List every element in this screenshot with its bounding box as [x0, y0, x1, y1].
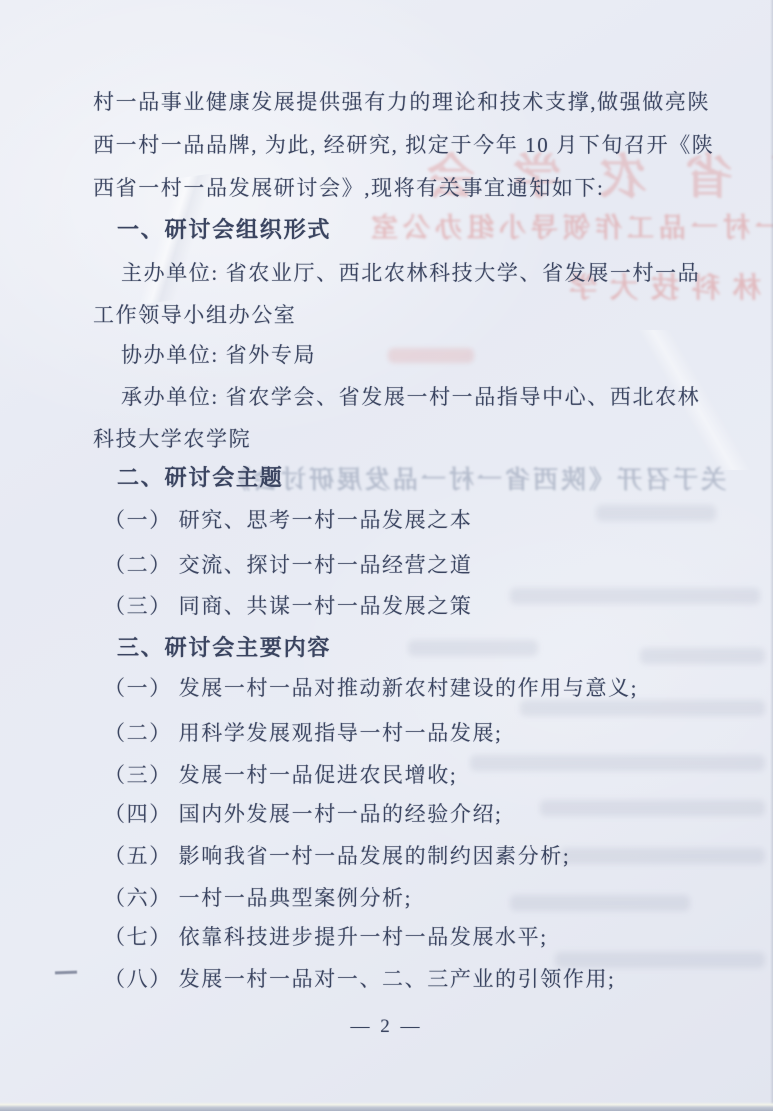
doc-line: （二） 用科学发展观指导一村一品发展;	[104, 717, 502, 747]
doc-line: （一） 研究、思考一村一品发展之本	[104, 504, 472, 534]
doc-line: 西一村一品品牌, 为此, 经研究, 拟定于今年 10 月下旬召开《陕	[93, 129, 714, 159]
section-heading: 三、研讨会主要内容	[117, 631, 331, 662]
doc-line: （五） 影响我省一村一品发展的制约因素分析;	[104, 840, 570, 870]
showthrough-gray-title: 关于召开《陕西省一村一品发展研讨会》	[222, 460, 726, 496]
section-heading: 一、研讨会组织形式	[117, 213, 331, 244]
showthrough-blur-blob	[540, 800, 765, 816]
doc-line: （三） 发展一村一品促进农民增收;	[104, 759, 457, 789]
doc-line: 村一品事业健康发展提供强有力的理论和技术支撑,做强做亮陕	[93, 86, 710, 116]
doc-line: （三） 同商、共谋一村一品发展之策	[104, 590, 472, 620]
doc-line: （四） 国内外发展一村一品的经验介绍;	[104, 798, 502, 828]
showthrough-blur-blob	[596, 505, 716, 521]
showthrough-blur-blob	[560, 848, 765, 864]
doc-line: 主办单位: 省农业厅、西北农林科技大学、省发展一村一品	[121, 257, 700, 287]
doc-line: 科技大学农学院	[93, 423, 251, 453]
stray-pen-mark	[55, 971, 77, 975]
showthrough-red-office-line: 陕西省发展一村一品工作领导小组办公室	[366, 206, 773, 245]
showthrough-blur-blob	[520, 700, 765, 716]
doc-line: 工作领导小组办公室	[93, 299, 296, 329]
showthrough-red-docnumber-blur	[388, 348, 474, 363]
showthrough-blur-blob	[510, 895, 690, 911]
showthrough-blur-blob	[510, 588, 760, 604]
doc-line: （一） 发展一村一品对推动新农村建设的作用与意义;	[104, 672, 638, 702]
section-heading: 二、研讨会主题	[117, 461, 284, 492]
doc-line: 协办单位: 省外专局	[121, 339, 316, 369]
showthrough-blur-blob	[640, 648, 765, 664]
scanned-document-page: 陕西省农学会 陕西省发展一村一品工作领导小组办公室 西北农林科技大学 关于召开《…	[0, 0, 773, 1111]
doc-line: （六） 一村一品典型案例分析;	[104, 882, 412, 912]
doc-line: 西省一村一品发展研讨会》,现将有关事宜通知如下:	[93, 172, 604, 202]
doc-line: （八） 发展一村一品对一、二、三产业的引领作用;	[104, 963, 615, 993]
doc-line: 承办单位: 省农学会、省发展一村一品指导中心、西北农林	[121, 381, 700, 411]
page-number: — 2 —	[0, 1016, 773, 1038]
showthrough-blur-blob	[408, 640, 538, 656]
showthrough-blur-blob	[470, 755, 765, 771]
scan-edge-bottom	[0, 1102, 773, 1111]
doc-line: （七） 依靠科技进步提升一村一品发展水平;	[104, 921, 548, 951]
doc-line: （二） 交流、探讨一村一品经营之道	[104, 549, 472, 579]
